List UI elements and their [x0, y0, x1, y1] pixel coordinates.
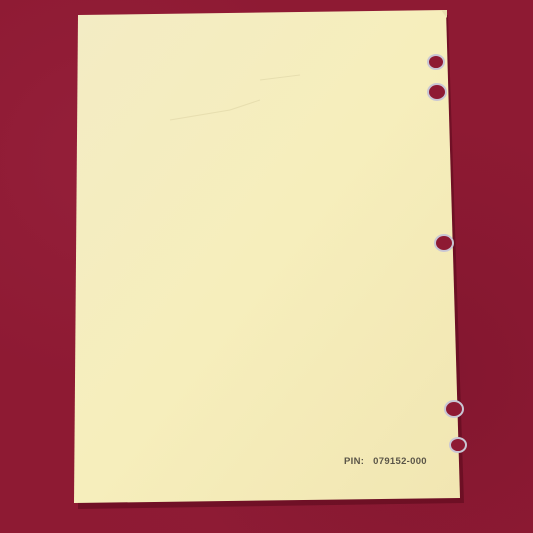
- document-page: PIN: 079152-000: [0, 0, 533, 533]
- paper-sheet: [0, 0, 533, 533]
- part-number-label: PIN:: [344, 456, 364, 467]
- part-number-value: 079152-000: [373, 456, 427, 467]
- part-number: PIN: 079152-000: [344, 456, 427, 467]
- paper: [74, 10, 460, 503]
